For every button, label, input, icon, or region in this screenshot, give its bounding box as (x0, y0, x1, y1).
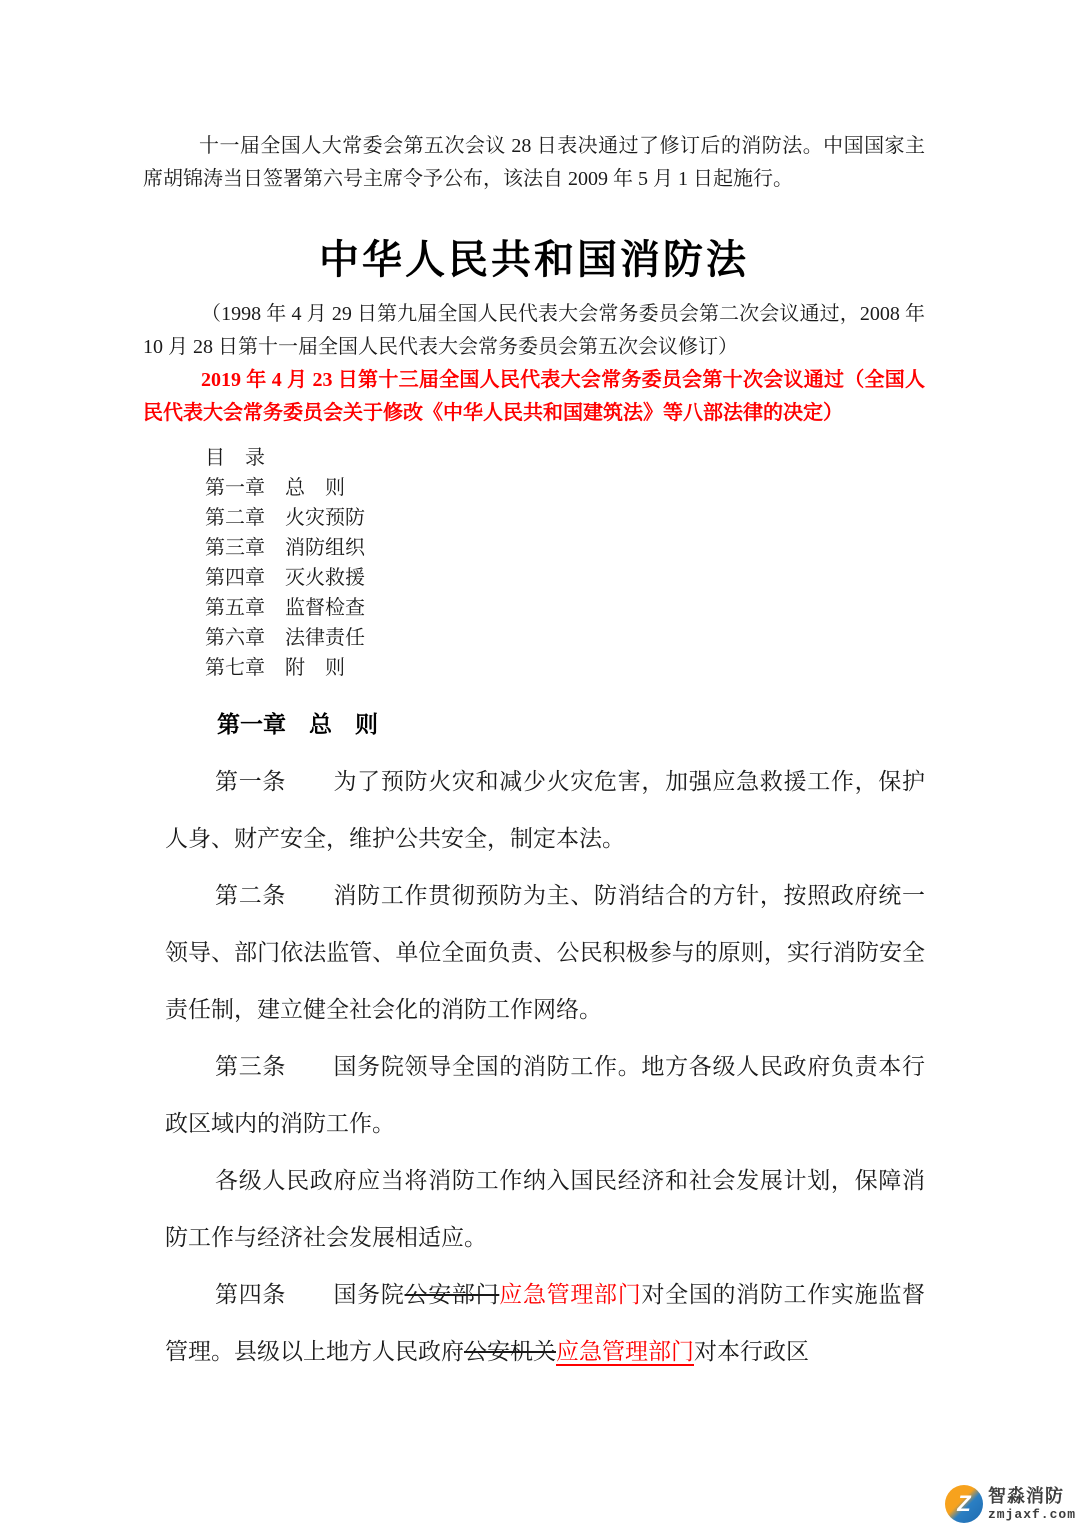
toc-item-chapter-3: 第三章 消防组织 (205, 533, 925, 563)
text-segment-red-underline: 应急管理部门 (556, 1339, 694, 1364)
table-of-contents: 目 录 第一章 总 则 第二章 火灾预防 第三章 消防组织 第四章 灭火救援 第… (205, 443, 925, 683)
article-3-paragraph-2: 各级人民政府应当将消防工作纳入国民经济和社会发展计划，保障消防工作与经济社会发展… (165, 1152, 925, 1266)
article-2-paragraph: 第二条 消防工作贯彻预防为主、防消结合的方针，按照政府统一领导、部门依法监管、单… (165, 867, 925, 1038)
article-4-paragraph: 第四条 国务院公安部门应急管理部门对全国的消防工作实施监督管理。县级以上地方人民… (165, 1266, 925, 1380)
text-segment-strike: 公安部门 (405, 1282, 500, 1307)
document-page: 十一届全国人大常委会第五次会议 28 日表决通过了修订后的消防法。中国国家主席胡… (0, 0, 1080, 1527)
chapter-1-heading: 第一章 总 则 (165, 696, 925, 753)
article-1-paragraph: 第一条 为了预防火灾和减少火灾危害，加强应急救援工作，保护人身、财产安全，维护公… (165, 753, 925, 867)
toc-item-chapter-1: 第一章 总 则 (205, 473, 925, 503)
toc-item-chapter-2: 第二章 火灾预防 (205, 503, 925, 533)
toc-item-chapter-6: 第六章 法律责任 (205, 623, 925, 653)
enactment-note: （1998 年 4 月 29 日第九届全国人民代表大会常务委员会第二次会议通过，… (143, 298, 925, 364)
text-segment-red: 应急管理部门 (499, 1282, 641, 1307)
zhimiao-logo-icon: Z (945, 1485, 983, 1523)
text-segment-normal: 对本行政区 (694, 1339, 809, 1364)
toc-item-chapter-5: 第五章 监督检查 (205, 593, 925, 623)
intro-paragraph: 十一届全国人大常委会第五次会议 28 日表决通过了修订后的消防法。中国国家主席胡… (143, 130, 925, 196)
chapter-1-body: 第一章 总 则 第一条 为了预防火灾和减少火灾危害，加强应急救援工作，保护人身、… (165, 696, 925, 1380)
watermark-text: 智淼消防 zmjaxf.com (988, 1487, 1076, 1521)
watermark-domain: zmjaxf.com (988, 1508, 1076, 1521)
watermark-brand-name: 智淼消防 (988, 1487, 1076, 1505)
site-watermark: Z 智淼消防 zmjaxf.com (945, 1485, 1076, 1523)
document-title: 中华人民共和国消防法 (143, 236, 925, 284)
toc-item-chapter-4: 第四章 灭火救援 (205, 563, 925, 593)
article-3-paragraph-1: 第三条 国务院领导全国的消防工作。地方各级人民政府负责本行政区域内的消防工作。 (165, 1038, 925, 1152)
text-segment-normal: 第四条 国务院 (215, 1282, 405, 1307)
notes-block: （1998 年 4 月 29 日第九届全国人民代表大会常务委员会第二次会议通过，… (143, 298, 925, 430)
toc-heading: 目 录 (205, 443, 925, 473)
amendment-note: 2019 年 4 月 23 日第十三届全国人民代表大会常务委员会第十次会议通过（… (143, 364, 925, 430)
text-segment-strike: 公安机关 (464, 1339, 556, 1364)
toc-item-chapter-7: 第七章 附 则 (205, 653, 925, 683)
